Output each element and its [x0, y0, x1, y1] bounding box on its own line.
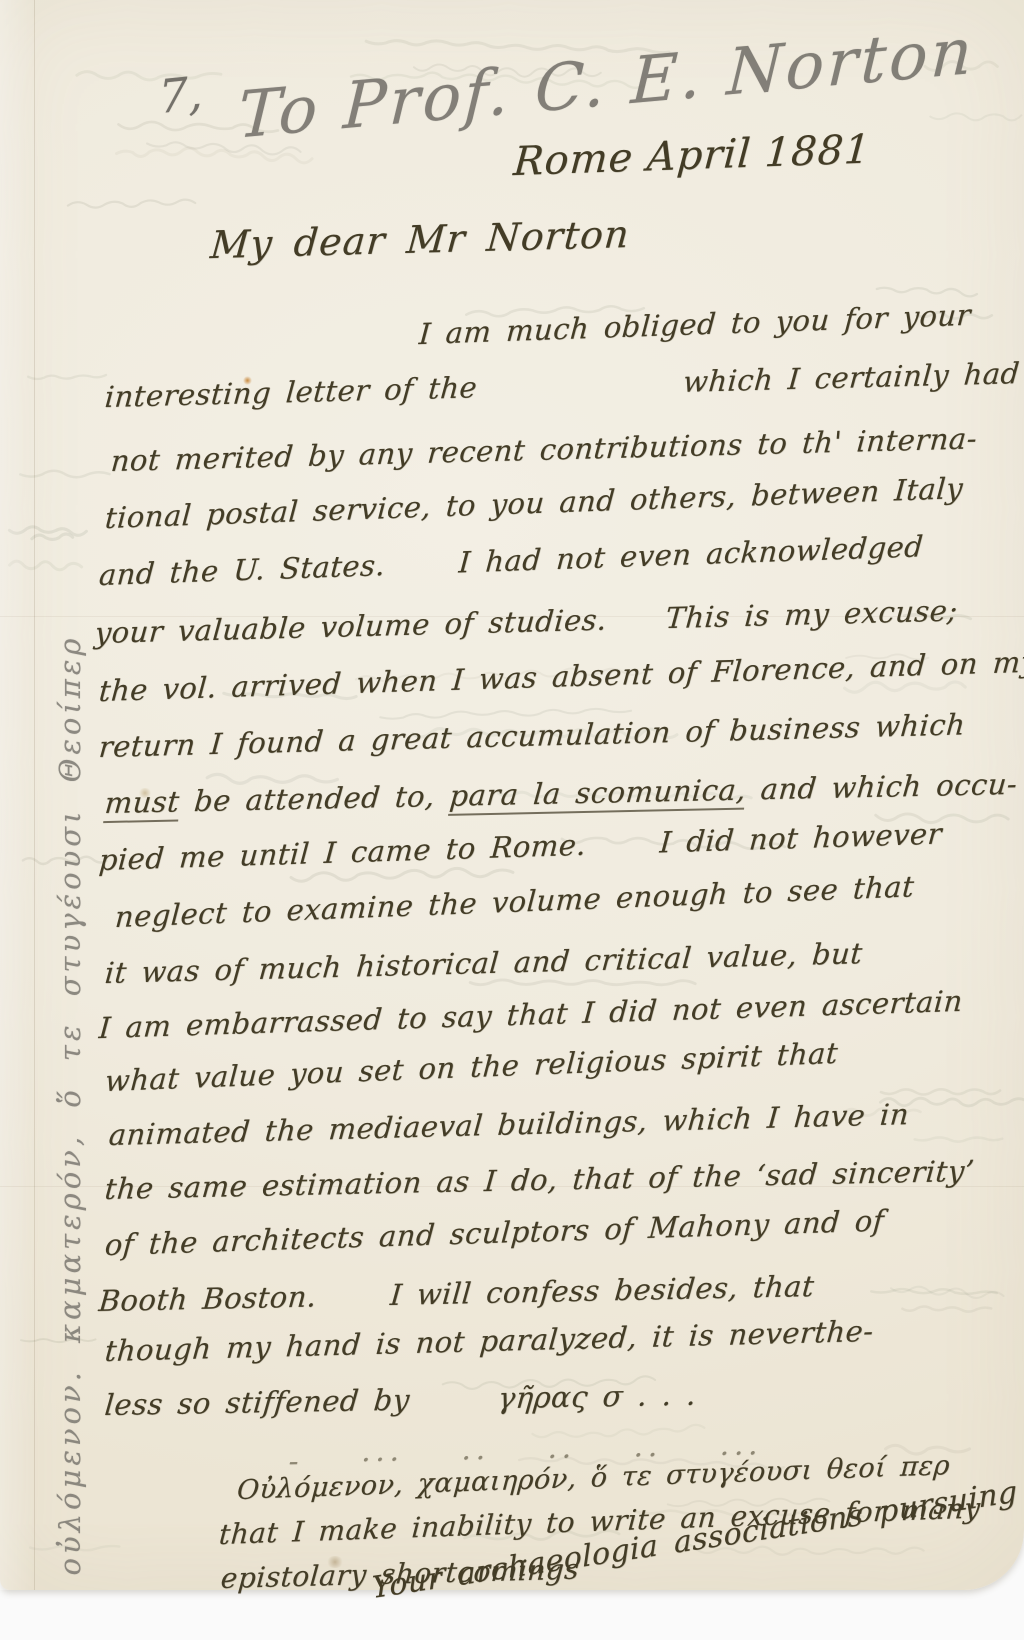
dateline: Rome April 1881: [512, 130, 872, 183]
letter-line: interesting letter of the which I certai…: [104, 359, 1021, 412]
letter-line: the vol. arrived when I was absent of Fl…: [98, 648, 1024, 707]
letter-line: your valuable volume of studies. This is…: [94, 596, 959, 648]
salutation: My dear Mr Norton: [209, 215, 631, 264]
letter-line: tional postal service, to you and others…: [104, 474, 964, 533]
letter-line: must be attended to, para la scomunica, …: [104, 770, 1019, 818]
letter-line: I am much obliged to you for your: [418, 301, 972, 349]
letter-line: less so stiffened by γῆρας σ . . .: [103, 1381, 697, 1420]
letter-line: neglect to examine the volume enough to …: [114, 872, 915, 932]
margin-note-vertical: οὐλόμενον. καματερόν, ὅ τε στυγέουσι Θεο…: [56, 605, 92, 1605]
letter-line: return I found a great accumulation of b…: [98, 710, 967, 762]
letter-line: though my hand is not paralyzed, it is n…: [104, 1317, 875, 1366]
letter-line: it was of much historical and critical v…: [104, 939, 864, 988]
scanned-letter: 7, To Prof. C. E. Norton Rome April 1881…: [0, 0, 1024, 1640]
pencil-mark: 7,: [158, 69, 203, 120]
letter-line: animated the mediaeval buildings, which …: [108, 1100, 910, 1150]
letter-page: 7, To Prof. C. E. Norton Rome April 1881…: [0, 0, 1024, 1590]
page-edge-band: [0, 0, 34, 1590]
letter-line: and the U. States. I had not even acknow…: [98, 532, 924, 590]
underlined-phrase: must: [103, 784, 181, 823]
underlined-phrase: para la scomunica,: [448, 773, 748, 816]
letter-line: I am embarrassed to say that I did not e…: [98, 987, 964, 1043]
letter-line: the same estimation as I do, that of the…: [104, 1157, 976, 1204]
letter-line: what value you set on the religious spir…: [104, 1039, 839, 1096]
letter-line: of the architects and sculptors of Mahon…: [104, 1207, 885, 1261]
letter-line: not merited by any recent contributions …: [110, 424, 978, 476]
letter-line: pied me until I came to Rome. I did not …: [98, 820, 943, 876]
letter-line-part: and which occu-: [745, 767, 1019, 807]
letter-line-part: be attended to,: [178, 779, 451, 819]
letter-line: Booth Boston. I will confess besides, th…: [98, 1272, 816, 1316]
fold-crease-vertical: [34, 0, 35, 1590]
